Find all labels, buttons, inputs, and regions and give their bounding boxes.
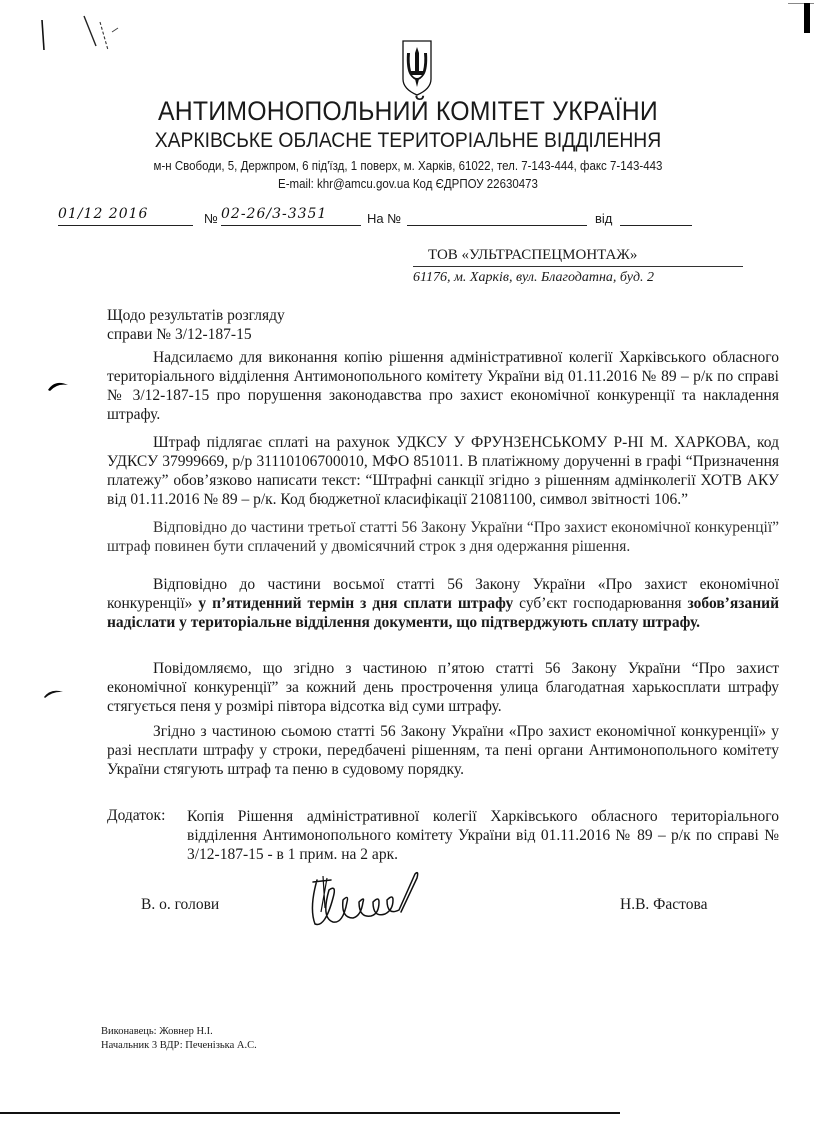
subject-line-1: Щодо результатів розгляду <box>107 306 285 325</box>
scan-bottom-edge <box>0 1112 620 1114</box>
organization-title: АНТИМОНОПОЛЬНИЙ КОМІТЕТ УКРАЇНИ <box>33 96 784 127</box>
outgoing-date: 01/12 2016 <box>58 206 148 222</box>
organization-address: м-н Свободи, 5, Держпром, 6 під'їзд, 1 п… <box>33 159 784 173</box>
signatory-role: В. о. голови <box>141 896 219 914</box>
reference-line: 01/12 2016 № 02-26/3-3351 На № від <box>58 206 698 230</box>
recipient-address: 61176, м. Харків, вул. Благодатна, буд. … <box>413 270 654 286</box>
paragraph-payment-details: Штраф підлягає сплаті на рахунок УДКСУ У… <box>107 433 779 509</box>
subject-line-2: справи № 3/12-187-15 <box>107 325 285 344</box>
paragraph-enforcement: Згідно з частиною сьомою статті 56 Закон… <box>107 722 779 779</box>
scan-corner-mark <box>800 0 816 36</box>
paragraph-penalty: Повідомляємо, що згідно з частиною п’ято… <box>107 659 779 716</box>
recipient-name: ТОВ «УЛЬТРАСПЕЦМОНТАЖ» <box>428 247 637 264</box>
number-label: № <box>204 211 218 226</box>
reply-to-label: На № <box>367 211 401 226</box>
trident-coat-of-arms-icon <box>401 39 433 97</box>
appendix-label: Додаток: <box>107 807 165 825</box>
paragraph-payment-term: Відповідно до частини третьої статті 56 … <box>107 518 779 556</box>
punch-hole-mark-icon <box>43 688 65 698</box>
from-label: від <box>595 211 612 226</box>
outgoing-number-field: 02-26/3-3351 <box>221 206 361 226</box>
executor-name: Виконавець: Жовнер Н.І. <box>101 1025 257 1039</box>
divider <box>413 266 743 267</box>
paragraph-proof-of-payment: Відповідно до частини восьмої статті 56 … <box>107 575 779 632</box>
department-head: Начальник 3 ВДР: Печенізька А.С. <box>101 1039 257 1053</box>
organization-email-code: E-mail: khr@amcu.gov.ua Код ЄДРПОУ 22630… <box>33 177 784 191</box>
organization-subtitle: ХАРКІВСЬКЕ ОБЛАСНЕ ТЕРИТОРІАЛЬНЕ ВІДДІЛЕ… <box>33 129 784 153</box>
punch-hole-mark-icon <box>47 381 69 391</box>
reply-to-date-field <box>620 206 692 226</box>
appendix-text: Копія Рішення адміністративної колегії Х… <box>187 807 779 864</box>
emphasis-five-day-term: у п’ятиденний термін з дня сплати штрафу <box>198 595 513 612</box>
handwritten-mark-icon <box>38 8 138 58</box>
handwritten-signature-icon <box>303 868 423 930</box>
outgoing-date-field: 01/12 2016 <box>58 206 193 226</box>
outgoing-number: 02-26/3-3351 <box>221 206 327 222</box>
executor-block: Виконавець: Жовнер Н.І. Начальник 3 ВДР:… <box>101 1025 257 1053</box>
reply-to-number-field <box>407 206 587 226</box>
paragraph-sending-decision: Надсилаємо для виконання копію рішення а… <box>107 348 779 424</box>
signatory-name: Н.В. Фастова <box>620 896 707 914</box>
subject-block: Щодо результатів розгляду справи № 3/12-… <box>107 306 285 344</box>
